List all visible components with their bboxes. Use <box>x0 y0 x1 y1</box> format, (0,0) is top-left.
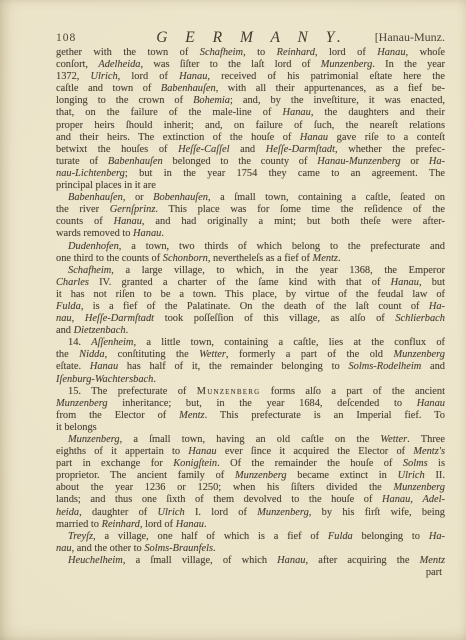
text-line: the Nidda, conſtituting the Wetter, form… <box>56 349 445 361</box>
text-segment: , whether the prefec- <box>335 144 445 155</box>
text-segment: 14. <box>68 337 91 348</box>
text-segment: Schonborn <box>163 253 208 264</box>
text-segment: Charles <box>56 277 89 288</box>
text-segment: . This place was for ſome time the reſid… <box>155 204 445 215</box>
text-segment: , to <box>243 47 277 58</box>
text-segment: married to <box>56 519 102 530</box>
text-segment: , lord of <box>118 71 179 82</box>
text-segment: from the Elector of <box>56 410 179 421</box>
text-segment: turate of <box>56 156 108 167</box>
text-segment: it belongs <box>56 422 97 433</box>
text-line: it belongs <box>56 422 445 434</box>
text-segment: , daughter of <box>79 507 157 518</box>
text-segment: Wetter <box>380 434 407 445</box>
text-segment: Hanau-Munzenberg <box>317 156 400 167</box>
text-segment: Ulrich <box>398 470 425 481</box>
text-segment: longing to the crown of <box>56 95 193 106</box>
text-segment: Mentz's <box>413 446 445 457</box>
text-segment: Fulda <box>56 301 81 312</box>
text-segment: , nevertheleſs as a fief of <box>208 253 313 264</box>
text-line: one third to the counts of Schonborn, ne… <box>56 253 445 265</box>
text-segment: it has not riſen to be a town. This plac… <box>56 289 445 300</box>
text-line: wards removed to Hanau. <box>56 228 445 240</box>
text-segment: , lord of <box>315 47 377 58</box>
text-segment: and their heirs. The extinction of the h… <box>56 132 300 143</box>
text-segment: , a little town, containing a caſtle, li… <box>133 337 445 348</box>
text-segment: proprietor. The ancient family of <box>56 470 235 481</box>
text-segment: belonging to <box>353 531 429 542</box>
text-line: Munzenberg inheritance; but, in the year… <box>56 398 445 410</box>
text-segment: Schafheim <box>200 47 243 58</box>
text-line: Iſenburg-Wachtersbach. <box>56 374 445 386</box>
text-segment: . This prefecturate is an Imperial fief.… <box>205 410 445 421</box>
text-segment: IV. granted a charter of the ſame kind w… <box>89 277 391 288</box>
text-line: turate of Babenhauſen belonged to the co… <box>56 156 445 168</box>
text-segment: Solms-Braunfels <box>144 543 213 554</box>
text-line: proprietor. The ancient family of Munzen… <box>56 470 445 482</box>
text-segment: Solms-Rodelheim <box>348 361 421 372</box>
text-line: conſort, Adelheida, was ſiſter to the la… <box>56 59 445 71</box>
text-segment: Hanau <box>300 132 328 143</box>
text-segment: Munzenberg <box>235 470 287 481</box>
text-segment: Gernſprinz <box>110 204 156 215</box>
text-line: Charles IV. granted a charter of the ſam… <box>56 277 445 289</box>
text-line: Schafheim, a large village, to which, in… <box>56 265 445 277</box>
page-header: 108 G E R M A N Y. [Hanau-Munz. <box>56 29 445 46</box>
text-line: Munzenberg, a ſmall town, having an old … <box>56 434 445 446</box>
text-line: eighths of it appertain to Hanau ever ſi… <box>56 446 445 458</box>
text-line: proper heirs ſhould inherit; and, on fai… <box>56 120 445 132</box>
text-segment: Konigſtein <box>173 458 217 469</box>
text-segment: , is a fief of the Palatinate. On the de… <box>81 301 429 312</box>
text-line: Heuchelheim, a ſmall village, of which H… <box>56 555 445 567</box>
text-segment: , a town, two thirds of which belong to … <box>119 241 445 252</box>
text-segment: , conſtituting the <box>105 349 200 360</box>
text-line: 15. The prefecturate of Munzenberg forms… <box>56 386 445 398</box>
text-line: nau-Lichtenberg; but in the year 1754 th… <box>56 168 445 180</box>
text-segment: Hanau <box>114 216 142 227</box>
text-line: that, on the failure of the male-line of… <box>56 107 445 119</box>
text-segment: Bobenhauſen <box>153 192 208 203</box>
text-segment: Hanau <box>417 398 445 409</box>
text-segment: , a large village, to which, in the year… <box>111 265 445 276</box>
text-segment: the river <box>56 204 110 215</box>
text-segment: . <box>126 325 129 336</box>
text-segment: , formerly a part of the old <box>226 349 394 360</box>
text-line: caſtle and town of Babenhauſen, with all… <box>56 83 445 95</box>
text-segment: Ha- <box>429 531 445 542</box>
text-segment: Adelheida <box>98 59 140 70</box>
text-segment: , and had originally a mint; but both th… <box>142 216 445 227</box>
text-segment: Reinhard <box>102 519 140 530</box>
text-segment: one third to the counts of <box>56 253 163 264</box>
text-segment: , by his firſt wife, being <box>309 507 445 518</box>
text-segment: , received of his patrimonial eſtate her… <box>207 71 445 82</box>
text-line: nau, and the other to Solms-Braunfels. <box>56 543 445 555</box>
text-segment: , <box>410 494 422 505</box>
text-segment: Babenhauſen <box>108 156 163 167</box>
text-segment: took poſſeſſion of this village, as alſo… <box>154 313 395 324</box>
text-line: heida, daughter of Ulrich I. lord of Mun… <box>56 507 445 519</box>
text-segment: and <box>56 325 74 336</box>
text-segment: Hanau <box>382 494 410 505</box>
text-segment: eſtate. <box>56 361 90 372</box>
text-line: lands; and thus one ſixth of them devolv… <box>56 494 445 506</box>
text-segment: nau <box>56 313 72 324</box>
text-segment: wards removed to <box>56 228 133 239</box>
text-segment: and <box>229 144 265 155</box>
text-line: part in exchange for Konigſtein. Of the … <box>56 458 445 470</box>
text-segment: Mentz <box>313 253 338 264</box>
text-segment: and <box>421 361 445 372</box>
text-segment: Heſſe-Darmſtadt <box>85 313 154 324</box>
text-line: it has not riſen to be a town. This plac… <box>56 289 445 301</box>
text-segment: eighths of it appertain to <box>56 446 188 457</box>
text-segment: ; and, by the inveſtiture, it was enacte… <box>230 95 445 106</box>
text-segment: nau <box>56 543 72 554</box>
text-segment: , a ſmall town, containing a caſtle, ſea… <box>208 192 445 203</box>
text-segment: lands; and thus one ſixth of them devolv… <box>56 494 382 505</box>
text-segment: Munzenberg <box>56 398 108 409</box>
text-segment: . <box>338 253 341 264</box>
text-line: from the Elector of Mentz. This prefectu… <box>56 410 445 422</box>
section-label: [Hanau-Munz. <box>375 30 445 45</box>
text-segment: Hanau <box>188 446 216 457</box>
text-line: Babenhauſen, or Bobenhauſen, a ſmall tow… <box>56 192 445 204</box>
text-segment: . In the year <box>372 59 445 70</box>
text-segment: 15. The prefecturate of <box>68 386 197 397</box>
text-line: Dudenhofen, a town, two thirds of which … <box>56 241 445 253</box>
text-segment: , a ſmall village, of which <box>123 555 277 566</box>
text-segment: Dietzenbach <box>74 325 126 336</box>
text-line: eſtate. Hanau has half of it, the remain… <box>56 361 445 373</box>
text-segment: forms alſo a part of the ancient <box>260 386 445 397</box>
text-line: the river Gernſprinz. This place was for… <box>56 204 445 216</box>
text-segment: Mentz <box>179 410 204 421</box>
text-segment: Reinhard <box>277 47 315 58</box>
text-segment: part in exchange for <box>56 458 173 469</box>
text-segment: , after acquiring the <box>305 555 419 566</box>
text-segment: Hanau <box>391 277 419 288</box>
text-segment: is <box>428 458 445 469</box>
text-segment: , <box>72 313 85 324</box>
text-segment: Schlierbach <box>395 313 445 324</box>
text-segment: Hanau <box>90 361 118 372</box>
text-segment: that, on the failure of the male-line of <box>56 107 283 118</box>
text-segment: Babenhauſen <box>68 192 123 203</box>
catchword: part <box>56 567 445 579</box>
text-line: longing to the crown of Bohemia; and, by… <box>56 95 445 107</box>
text-segment: Munzenberg <box>68 434 120 445</box>
text-segment: , the daughters and their <box>311 107 445 118</box>
text-segment: belonged to the county of <box>163 156 318 167</box>
text-segment: Munzenberg <box>257 507 309 518</box>
page-body: gether with the town of Schafheim, to Re… <box>56 47 445 579</box>
text-segment: , and the other to <box>72 543 145 554</box>
text-segment: Hanau <box>377 47 405 58</box>
text-segment: ever ſince it acquired the Elector of <box>217 446 414 457</box>
book-page: 108 G E R M A N Y. [Hanau-Munz. gether w… <box>0 0 466 640</box>
text-segment: became extinct in <box>287 470 398 481</box>
text-segment: Wetter <box>199 349 226 360</box>
text-segment: counts of <box>56 216 114 227</box>
text-segment: I. lord of <box>185 507 258 518</box>
text-line: and Dietzenbach. <box>56 325 445 337</box>
text-segment: has half of it, the remainder belonging … <box>118 361 348 372</box>
text-segment: Munzenberg <box>393 349 445 360</box>
text-line: and their heirs. The extinction of the h… <box>56 132 445 144</box>
text-segment: conſort, <box>56 59 98 70</box>
text-segment: Heſſe-Caſſel <box>178 144 229 155</box>
text-line: principal places in it are <box>56 180 445 192</box>
text-segment: Iſenburg-Wachtersbach <box>56 374 153 385</box>
text-segment: , lord of <box>140 519 176 530</box>
text-segment: Dudenhofen <box>68 241 119 252</box>
text-line: betwixt the houſes of Heſſe-Caſſel and H… <box>56 144 445 156</box>
text-segment: . <box>161 228 164 239</box>
text-segment: ; but in the year 1754 they came to an a… <box>125 168 445 179</box>
text-segment: betwixt the houſes of <box>56 144 178 155</box>
text-segment: principal places in it are <box>56 180 156 191</box>
text-segment: Heſſe-Darmſtadt <box>266 144 335 155</box>
text-segment: Munzenberg <box>321 59 373 70</box>
text-line: about the year 1236 or 1250; when his ſi… <box>56 482 445 494</box>
text-segment: Munzenberg <box>393 482 445 493</box>
text-segment: . Of the remainder the houſe of <box>217 458 403 469</box>
text-segment: gether with the town of <box>56 47 200 58</box>
text-segment: heida <box>56 507 79 518</box>
text-line: married to Reinhard, lord of Hanau. <box>56 519 445 531</box>
text-segment: Hanau <box>283 107 311 118</box>
text-segment: Ulrich <box>91 71 118 82</box>
text-line: Fulda, is a fief of the Palatinate. On t… <box>56 301 445 313</box>
text-segment: Hanau <box>277 555 305 566</box>
text-segment: Solms <box>403 458 428 469</box>
text-segment: gave riſe to a conteſt <box>328 132 445 143</box>
text-segment: Heuchelheim <box>68 555 123 566</box>
text-segment: Ha- <box>429 156 445 167</box>
text-segment: , but <box>419 277 445 288</box>
text-segment: Hanau <box>176 519 204 530</box>
text-segment: about the year 1236 or 1250; when his ſi… <box>56 482 393 493</box>
text-segment: , with all their appurtenances, as a fie… <box>216 83 445 94</box>
text-segment: Fulda <box>328 531 353 542</box>
text-segment: or <box>401 156 429 167</box>
text-line: nau, Heſſe-Darmſtadt took poſſeſſion of … <box>56 313 445 325</box>
text-line: 14. Aſſenheim, a little town, containing… <box>56 337 445 349</box>
text-segment: Aſſenheim <box>91 337 133 348</box>
text-segment: proper heirs ſhould inherit; and, on fai… <box>56 120 445 131</box>
text-segment: Schafheim <box>68 265 111 276</box>
text-segment: II. <box>425 470 445 481</box>
text-segment: Nidda <box>79 349 104 360</box>
text-line: 1372, Ulrich, lord of Hanau, received of… <box>56 71 445 83</box>
text-segment: nau-Lichtenberg <box>56 168 125 179</box>
text-segment: , a ſmall town, having an old caſtle on … <box>120 434 381 445</box>
text-segment: Babenhauſen <box>161 83 216 94</box>
text-line: gether with the town of Schafheim, to Re… <box>56 47 445 59</box>
text-segment: . <box>213 543 216 554</box>
text-segment: . <box>153 374 156 385</box>
text-segment: 1372, <box>56 71 91 82</box>
text-segment: Munzenberg <box>197 386 261 397</box>
text-segment: . Three <box>407 434 445 445</box>
text-segment: Adel- <box>422 494 445 505</box>
text-segment: , was ſiſter to the laſt lord of <box>140 59 320 70</box>
text-segment: Ulrich <box>158 507 185 518</box>
text-segment: Treyſz <box>68 531 93 542</box>
text-segment: , whoſe <box>406 47 445 58</box>
text-segment: , or <box>123 192 153 203</box>
text-segment: Hanau <box>179 71 207 82</box>
text-line: Treyſz, a village, one half of which is … <box>56 531 445 543</box>
text-segment: Mentz <box>420 555 445 566</box>
text-segment: Hanau <box>133 228 161 239</box>
text-segment: inheritance; but, in the year 1684, deſc… <box>108 398 417 409</box>
text-segment: caſtle and town of <box>56 83 161 94</box>
text-segment: the <box>56 349 79 360</box>
text-line: counts of Hanau, and had originally a mi… <box>56 216 445 228</box>
text-segment: , a village, one half of which is a fief… <box>93 531 328 542</box>
text-segment: Ha- <box>429 301 445 312</box>
text-segment: Bohemia <box>193 95 230 106</box>
text-segment: . <box>204 519 207 530</box>
